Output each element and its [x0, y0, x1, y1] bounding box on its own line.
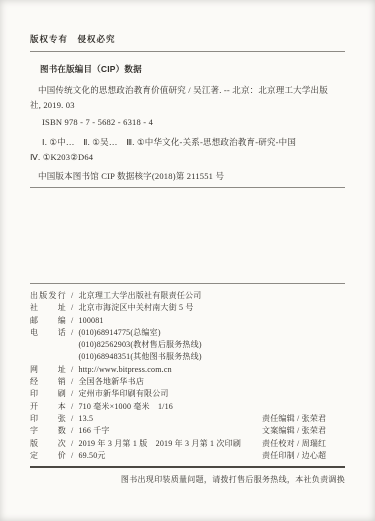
label-value-separator: / — [71, 439, 73, 448]
publication-row: 版次/2019 年 3 月第 1 版 2019 年 3 月第 1 次印刷 责任校… — [30, 438, 345, 450]
publication-row-value: 定州市新华印刷有限公司 — [78, 389, 168, 398]
publication-row-label: 印刷 — [30, 388, 66, 400]
publication-row-value: 710 毫米×1000 毫米 1/16 — [78, 402, 173, 411]
publication-row-label: 版次 — [30, 438, 66, 450]
staff-credit: 责任印制 / 边心超 — [262, 450, 326, 462]
cip-record-number: 中国版本图书馆 CIP 数据核字(2018)第 211551 号 — [30, 169, 348, 184]
label-value-separator: / — [71, 291, 73, 300]
publication-row-label: 邮编 — [30, 315, 66, 327]
publication-row-value: 北京理工大学出版社有限责任公司 — [78, 291, 201, 300]
publication-row: /(010)68948351(其他图书服务热线) — [30, 351, 345, 363]
staff-credit: 文案编辑 / 张荣君 — [262, 425, 326, 437]
staff-credit: 责任校对 / 周瑞红 — [262, 438, 326, 450]
cip-bottom-divider — [30, 187, 345, 188]
publication-row-value: 69.50元 — [78, 451, 105, 460]
publication-row: 定价/69.50元 责任印制 / 边心超 — [30, 450, 345, 462]
publication-row: 印张/13.5 责任编辑 / 张荣君 — [30, 413, 345, 425]
publication-top-divider — [30, 283, 345, 284]
label-value-separator: / — [71, 402, 73, 411]
label-value-separator: / — [71, 316, 73, 325]
publication-row-value: 100081 — [78, 316, 103, 325]
staff-credit: 责任编辑 / 张荣君 — [262, 413, 326, 425]
publication-row-label: 经销 — [30, 376, 66, 388]
publication-row: /(010)82562903(教材售后服务热线) — [30, 339, 345, 351]
publication-row-label: 定价 — [30, 450, 66, 462]
footer-divider — [30, 466, 345, 468]
publication-row: 邮编/100081 — [30, 315, 345, 327]
label-value-separator: / — [71, 377, 73, 386]
publication-row-label: 电话 — [30, 327, 66, 339]
publication-row-label: 网址 — [30, 364, 66, 376]
cip-description-line-2: 社, 2019. 03 — [30, 98, 348, 113]
publication-row-value: 全国各地新华书店 — [78, 377, 144, 386]
publication-row: 字数/166 千字 文案编辑 / 张荣君 — [30, 425, 345, 437]
publication-row-value: 北京市海淀区中关村南大街 5 号 — [78, 303, 193, 312]
publication-row: 出版发行/北京理工大学出版社有限责任公司 — [30, 290, 345, 302]
publication-row: 开本/710 毫米×1000 毫米 1/16 — [30, 401, 345, 413]
cip-classification-line-2: Ⅳ. ①K203②D64 — [30, 150, 348, 165]
publication-row-value: 166 千字 — [78, 426, 109, 435]
publication-row-value: (010)68914775(总编室) — [78, 328, 160, 337]
publication-row-label: 字数 — [30, 425, 66, 437]
cip-heading: 图书在版编目（CIP）数据 — [30, 62, 348, 77]
cip-block: 图书在版编目（CIP）数据 中国传统文化的思想政治教育价值研究 / 吴江著. -… — [30, 59, 348, 184]
publication-row-value: (010)68948351(其他图书服务热线) — [78, 352, 201, 361]
publication-row-value: (010)82562903(教材售后服务热线) — [78, 340, 201, 349]
cip-classification-line-1: Ⅰ. ①中… Ⅱ. ①吴… Ⅲ. ①中华文化-关系-思想政治教育-研究-中国 — [30, 135, 348, 150]
publication-row-value: http://www.bitpress.com.cn — [78, 365, 171, 374]
label-value-separator: / — [71, 389, 73, 398]
label-value-separator: / — [71, 414, 73, 423]
label-value-separator: / — [71, 426, 73, 435]
cip-isbn: ISBN 978 - 7 - 5682 - 6318 - 4 — [30, 115, 348, 130]
publication-row-value: 13.5 — [78, 414, 93, 423]
publication-row: 网址/http://www.bitpress.com.cn — [30, 364, 345, 376]
copyright-notice: 版权专有 侵权必究 — [30, 33, 116, 45]
label-value-separator: / — [71, 365, 73, 374]
footer-note: 图书出现印装质量问题，请拨打售后服务热线，本社负责调换 — [30, 474, 345, 485]
publication-row: 电话/(010)68914775(总编室) — [30, 327, 345, 339]
top-divider — [30, 51, 345, 52]
publication-row: 社址/北京市海淀区中关村南大街 5 号 — [30, 302, 345, 314]
publication-row-value: 2019 年 3 月第 1 版 2019 年 3 月第 1 次印刷 — [78, 439, 241, 448]
publication-row-label: 出版发行 — [30, 290, 66, 302]
publication-row: 印刷/定州市新华印刷有限公司 — [30, 388, 345, 400]
publication-info: 出版发行/北京理工大学出版社有限责任公司 社址/北京市海淀区中关村南大街 5 号… — [30, 290, 345, 462]
cip-description-line-1: 中国传统文化的思想政治教育价值研究 / 吴江著. -- 北京：北京理工大学出版 — [30, 83, 348, 98]
publication-row: 经销/全国各地新华书店 — [30, 376, 345, 388]
copyright-page: 版权专有 侵权必究 图书在版编目（CIP）数据 中国传统文化的思想政治教育价值研… — [0, 0, 375, 521]
label-value-separator: / — [71, 451, 73, 460]
publication-row-label: 印张 — [30, 413, 66, 425]
label-value-separator: / — [71, 328, 73, 337]
publication-row-label: 社址 — [30, 302, 66, 314]
label-value-separator: / — [71, 303, 73, 312]
publication-row-label: 开本 — [30, 401, 66, 413]
